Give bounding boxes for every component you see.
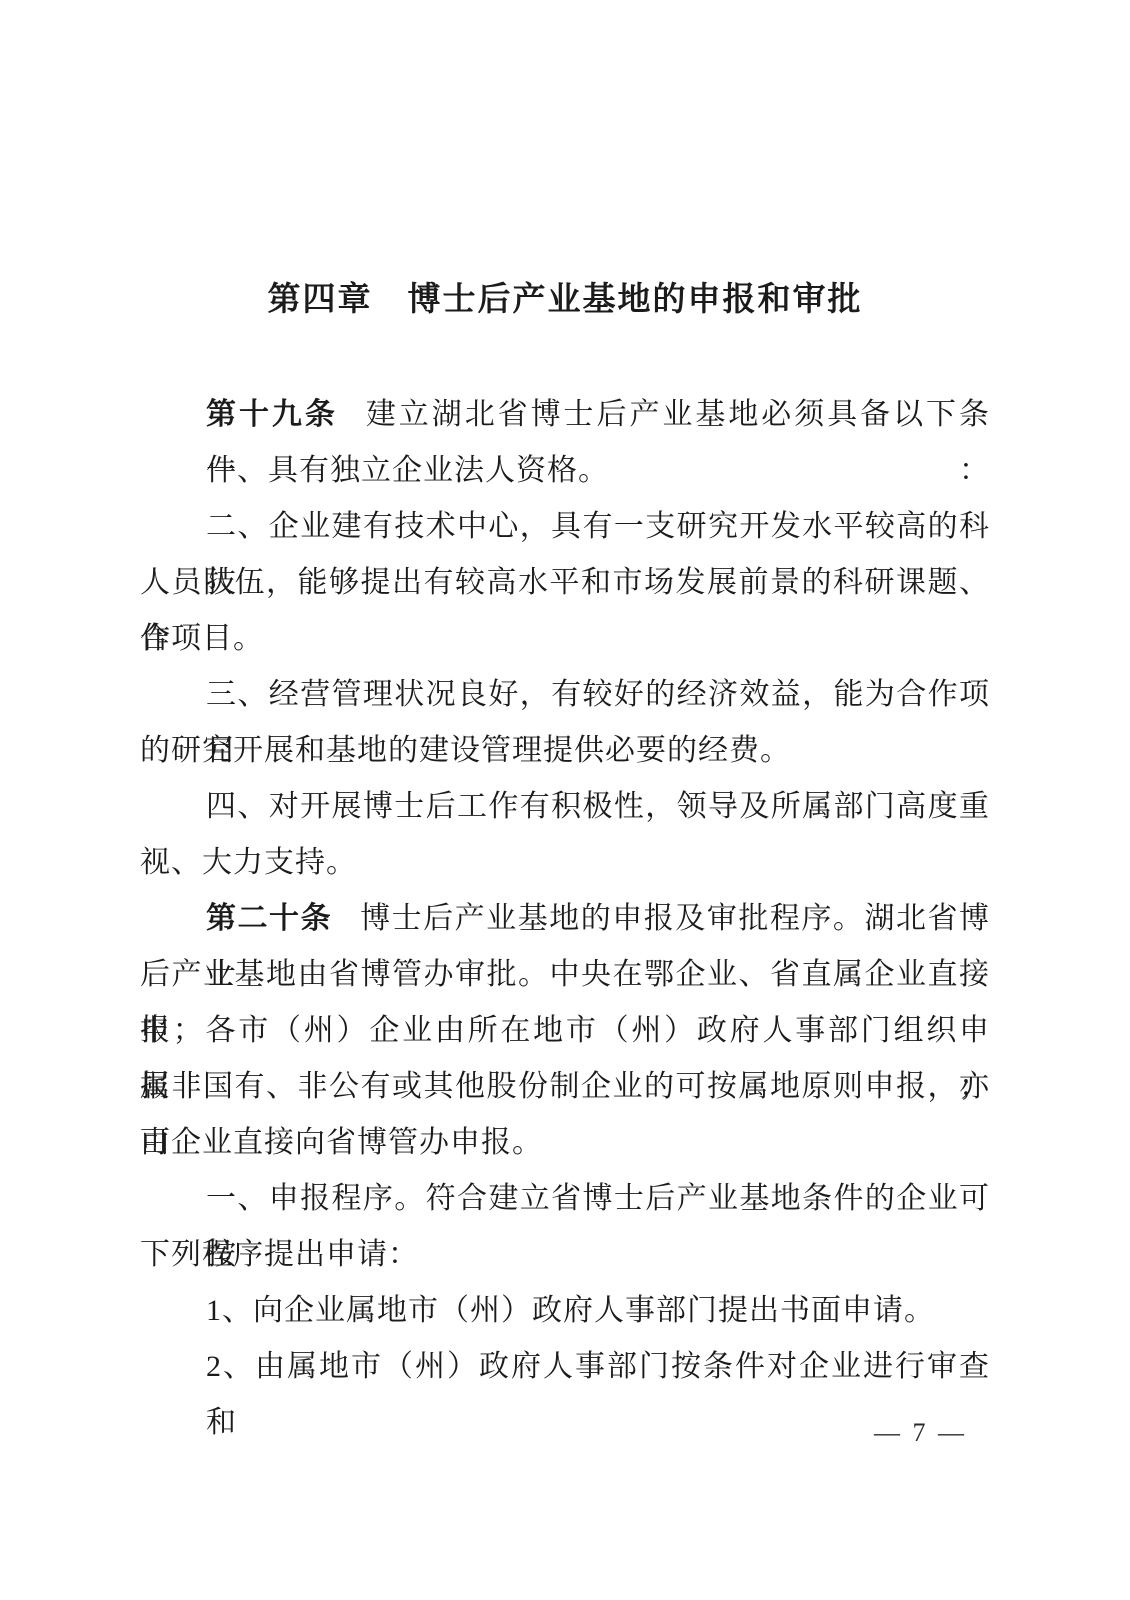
- text-line: 作项目。: [140, 611, 990, 667]
- article-number: 第十九条: [206, 398, 338, 431]
- line-text: 1、向企业属地市（州）政府人事部门提出书面申请。: [206, 1294, 935, 1327]
- chapter-title: 第四章 博士后产业基地的申报和审批: [0, 0, 1130, 323]
- line-text: 由企业直接向省博管办申报。: [140, 1126, 543, 1159]
- text-line: 报；各市（州）企业由所在地市（州）政府人事部门组织申报；: [140, 1003, 990, 1059]
- document-body: 第十九条建立湖北省博士后产业基地必须具备以下条件： 一、具有独立企业法人资格。 …: [140, 387, 990, 1395]
- text-line: 2、由属地市（州）政府人事部门按条件对企业进行审查和: [140, 1339, 990, 1395]
- line-text: 作项目。: [140, 622, 264, 655]
- text-line: 1、向企业属地市（州）政府人事部门提出书面申请。: [140, 1283, 990, 1339]
- line-text: 四、对开展博士后工作有积极性，领导及所属部门高度重: [206, 790, 990, 823]
- text-line: 后产业基地由省博管办审批。中央在鄂企业、省直属企业直接申: [140, 947, 990, 1003]
- text-line: 人员队伍，能够提出有较高水平和市场发展前景的科研课题、合: [140, 555, 990, 611]
- text-line: 二、企业建有技术中心，具有一支研究开发水平较高的科技: [140, 499, 990, 555]
- text-line: 下列程序提出申请：: [140, 1227, 990, 1283]
- line-text: 的研究开展和基地的建设管理提供必要的经费。: [140, 734, 791, 767]
- page-number: — 7 —: [0, 1413, 1130, 1453]
- text-line: 属非国有、非公有或其他股份制企业的可按属地原则申报，亦可: [140, 1059, 990, 1115]
- article-number: 第二十条: [206, 902, 332, 935]
- line-text: 下列程序提出申请：: [140, 1238, 419, 1271]
- text-line: 的研究开展和基地的建设管理提供必要的经费。: [140, 723, 990, 779]
- text-line: 四、对开展博士后工作有积极性，领导及所属部门高度重: [140, 779, 990, 835]
- text-line: 第十九条建立湖北省博士后产业基地必须具备以下条件：: [140, 387, 990, 443]
- text-line: 由企业直接向省博管办申报。: [140, 1115, 990, 1171]
- document-page: 第四章 博士后产业基地的申报和审批 第十九条建立湖北省博士后产业基地必须具备以下…: [0, 0, 1130, 1600]
- line-text: 视、大力支持。: [140, 846, 357, 879]
- text-line: 视、大力支持。: [140, 835, 990, 891]
- text-line: 一、申报程序。符合建立省博士后产业基地条件的企业可按: [140, 1171, 990, 1227]
- line-text: 一、具有独立企业法人资格。: [206, 454, 609, 487]
- text-line: 第二十条博士后产业基地的申报及审批程序。湖北省博士: [140, 891, 990, 947]
- text-line: 三、经营管理状况良好，有较好的经济效益，能为合作项目: [140, 667, 990, 723]
